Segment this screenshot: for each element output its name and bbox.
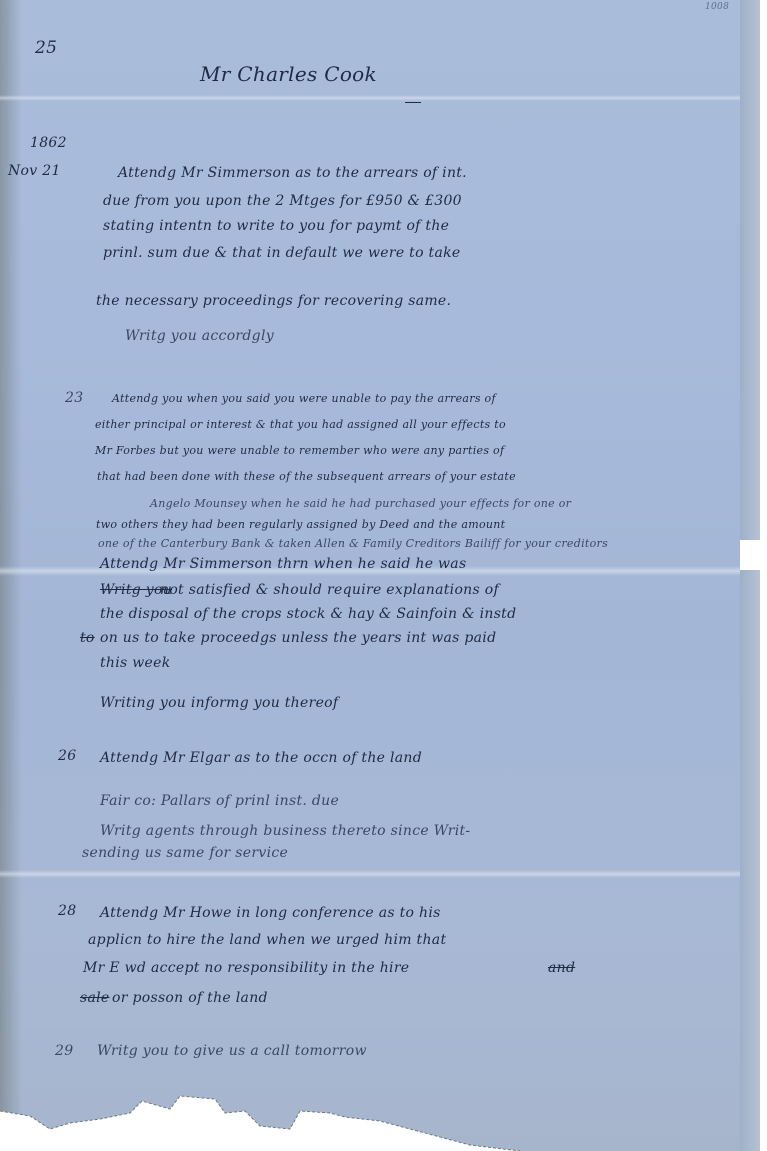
struck-text: Writg you [100,582,172,598]
entry-note: Writing you informg you thereof [100,695,338,711]
entry-line: Writg agents through business thereto si… [100,823,470,839]
struck-text: to [80,630,95,646]
page-title: Mr Charles Cook [200,62,377,86]
archive-reference: 1008 [705,2,729,12]
entry-line: Attendg you when you said you were unabl… [112,392,496,405]
entry-line: the disposal of the crops stock & hay & … [100,606,516,622]
entry-line: Attendg Mr Simmerson thrn when he said h… [100,556,466,572]
entry-line: sending us same for service [82,845,288,861]
entry-line: Attendg Mr Elgar as to the occn of the l… [100,750,422,766]
entry-line: due from you upon the 2 Mtges for £950 &… [103,193,462,209]
entry-date: 23 [65,390,83,406]
entry-line: the necessary proceedings for recovering… [96,293,451,309]
entry-line: Attendg Mr Howe in long conference as to… [100,905,441,921]
entry-line: two others they had been regularly assig… [96,518,505,531]
entry-line: one of the Canterbury Bank & taken Allen… [98,537,608,550]
entry-line: Mr E wd accept no responsibility in the … [83,960,409,976]
entry-date: 28 [58,903,76,919]
entry-line: on us to take proceedgs unless the years… [100,630,496,646]
paper-fold [0,870,740,878]
paper-fold [0,95,740,101]
entry-line: this week [100,655,171,671]
struck-text: sale [80,990,110,1006]
struck-text: and [548,960,575,976]
folio-number: 25 [35,38,57,58]
entry-date: 26 [58,748,76,764]
entry-line: that had been done with these of the sub… [97,470,516,483]
entry-line: applicn to hire the land when we urged h… [88,932,446,948]
manuscript-page: 25 1008 Mr Charles Cook 1862 Nov 21 Atte… [0,0,740,1151]
entry-line: Fair co: Pallars of prinl inst. due [100,793,339,809]
entry-line: Mr Forbes but you were unable to remembe… [95,444,504,457]
torn-paper-edge [0,1071,520,1151]
year-heading: 1862 [30,135,67,151]
page-edge-gap [740,540,760,570]
entry-line: not satisfied & should require explanati… [160,582,499,598]
title-underline [405,102,421,103]
entry-date: Nov 21 [8,163,61,179]
entry-date: 29 [55,1043,73,1059]
entry-line: stating intentn to write to you for paym… [103,218,449,234]
entry-line: Angelo Mounsey when he said he had purch… [150,497,571,510]
entry-line: Writg you to give us a call tomorrow [97,1043,367,1059]
entry-note: Writg you accordgly [125,328,274,344]
page-edge [740,0,760,1151]
entry-line: either principal or interest & that you … [95,418,506,431]
entry-line: or posson of the land [112,990,268,1006]
entry-line: Attendg Mr Simmerson as to the arrears o… [118,165,467,181]
entry-line: prinl. sum due & that in default we were… [103,245,461,261]
